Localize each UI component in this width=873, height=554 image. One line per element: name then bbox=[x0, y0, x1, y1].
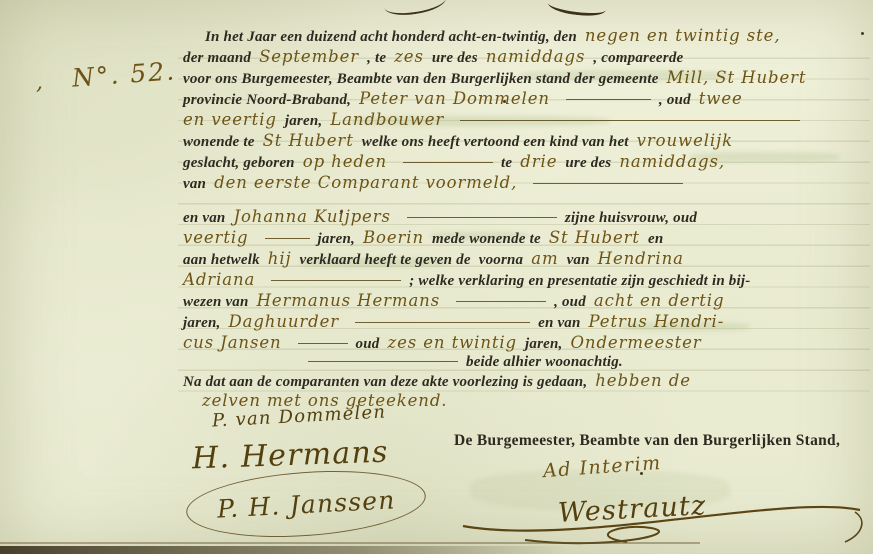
printed-text: jaren, bbox=[285, 113, 322, 129]
form-line: Na dat aan de comparanten van deze akte … bbox=[183, 371, 699, 392]
handwritten-text: veertig bbox=[183, 228, 249, 247]
fill-rule bbox=[460, 118, 800, 121]
form-line: en veertigjaren,Landbouwer bbox=[183, 110, 808, 131]
handwritten-text: Hermanus Hermans bbox=[257, 291, 441, 310]
fill-rule bbox=[403, 160, 493, 163]
printed-text: der maand bbox=[183, 50, 251, 66]
ad-interim-note: Ad Interim bbox=[542, 452, 662, 482]
printed-text: , compareerde bbox=[593, 50, 683, 66]
handwritten-text: Johanna Kuijpers bbox=[233, 207, 390, 226]
handwritten-text: Hendrina bbox=[598, 249, 684, 268]
fill-rule bbox=[308, 359, 458, 362]
form-line: der maandSeptember, tezesure desnamiddag… bbox=[183, 47, 691, 68]
form-line: Adriana; welke verklaring en presentatie… bbox=[183, 270, 758, 291]
printed-text: welke ons heeft vertoond een kind van he… bbox=[362, 134, 629, 150]
form-line: In het Jaar een duizend acht honderd ach… bbox=[205, 26, 788, 47]
record-number: N°. 52. bbox=[71, 56, 177, 92]
printed-text: , oud bbox=[554, 294, 586, 310]
printed-text: ure des bbox=[565, 155, 611, 171]
handwritten-text: zes bbox=[394, 47, 424, 66]
margin-ink-comma: , bbox=[36, 70, 43, 95]
handwritten-text: en veertig bbox=[183, 110, 277, 129]
printed-text: , oud bbox=[659, 92, 691, 108]
fill-rule bbox=[271, 278, 401, 281]
printed-text: oud bbox=[356, 336, 380, 352]
fill-rule bbox=[407, 215, 557, 218]
signature-witness-hermans: H. Hermans bbox=[191, 435, 389, 477]
printed-text: ; welke verklaring en presentatie zijn g… bbox=[409, 273, 750, 289]
form-line: voor ons Burgemeester, Beambte van den B… bbox=[183, 68, 814, 89]
document-scan: , N°. 52. In het Jaar een duizend acht h… bbox=[0, 0, 873, 554]
printed-text: beide alhier woonachtig. bbox=[466, 354, 623, 370]
form-line: jaren,Daghuurderen vanPetrus Hendri- bbox=[183, 312, 732, 333]
handwritten-text: Daghuurder bbox=[228, 312, 339, 331]
handwritten-text: zes en twintig bbox=[387, 333, 517, 352]
handwritten-text: drie bbox=[520, 152, 557, 171]
printed-text: verklaard heeft te geven de bbox=[300, 252, 471, 268]
printed-text: en van bbox=[538, 315, 580, 331]
printed-text: Na dat aan de comparanten van deze akte … bbox=[183, 374, 587, 390]
printed-text: jaren, bbox=[525, 336, 562, 352]
printed-text: provincie Noord-Braband, bbox=[183, 92, 351, 108]
printed-text: zijne huisvrouw, oud bbox=[565, 210, 697, 226]
handwritten-text: den eerste Comparant voormeld, bbox=[214, 173, 517, 192]
handwritten-text: am bbox=[531, 249, 558, 268]
form-line: provincie Noord-Braband,Peter van Dommel… bbox=[183, 89, 751, 110]
printed-text: en van bbox=[183, 210, 225, 226]
fill-rule bbox=[355, 320, 530, 323]
ink-flourish bbox=[547, 0, 607, 18]
handwritten-text: cus Jansen bbox=[183, 333, 282, 352]
fill-rule bbox=[533, 181, 683, 184]
printed-text: wonende te bbox=[183, 134, 255, 150]
handwritten-text: Mill, St Hubert bbox=[667, 68, 807, 87]
form-line: veertigjaren,Boerinmede wonende teSt Hub… bbox=[183, 228, 671, 249]
handwritten-text: vrouwelijk bbox=[637, 131, 733, 150]
form-line: wonende teSt Hubertwelke ons heeft verto… bbox=[183, 131, 741, 152]
printed-text: jaren, bbox=[318, 231, 355, 247]
form-line: beide alhier woonachtig. bbox=[300, 352, 631, 373]
handwritten-text: hebben de bbox=[595, 371, 691, 390]
printed-text: ure des bbox=[432, 50, 478, 66]
fill-rule bbox=[566, 97, 651, 100]
printed-text: van bbox=[567, 252, 590, 268]
printed-text: en bbox=[648, 231, 663, 247]
fill-rule bbox=[456, 299, 546, 302]
handwritten-text: Ondermeester bbox=[571, 333, 702, 352]
printed-text: jaren, bbox=[183, 315, 220, 331]
form-line: geslacht, geborenop hedentedrieure desna… bbox=[183, 152, 733, 173]
ink-dot bbox=[861, 32, 864, 35]
printed-text: wezen van bbox=[183, 294, 249, 310]
page-edge-line bbox=[0, 542, 700, 544]
printed-text: te bbox=[501, 155, 512, 171]
fill-rule bbox=[265, 236, 310, 239]
printed-text: van bbox=[183, 176, 206, 192]
fill-rule bbox=[298, 341, 348, 344]
printed-text: aan hetwelk bbox=[183, 252, 260, 268]
handwritten-text: Landbouwer bbox=[330, 110, 444, 129]
handwritten-text: St Hubert bbox=[549, 228, 640, 247]
form-line: aan hetwelkhijverklaard heeft te geven d… bbox=[183, 249, 692, 270]
handwritten-text: Adriana bbox=[183, 270, 255, 289]
printed-text: In het Jaar een duizend acht honderd ach… bbox=[205, 29, 577, 45]
signature-witness-janssen: P. H. Janssen bbox=[216, 485, 396, 523]
printed-text: mede wonende te bbox=[432, 231, 541, 247]
handwritten-text: hij bbox=[268, 249, 292, 268]
handwritten-text: September bbox=[259, 47, 359, 66]
signature-officiant: Westrautz bbox=[557, 490, 707, 529]
handwritten-text: St Hubert bbox=[263, 131, 354, 150]
handwritten-text: Petrus Hendri- bbox=[589, 312, 725, 331]
printed-text: geslacht, geboren bbox=[183, 155, 295, 171]
printed-text: voor ons Burgemeester, Beambte van den B… bbox=[183, 71, 659, 87]
form-line: wezen vanHermanus Hermans, oudacht en de… bbox=[183, 291, 732, 312]
handwritten-text: twee bbox=[699, 89, 743, 108]
handwritten-text: namiddags bbox=[486, 47, 585, 66]
handwritten-text: negen en twintig ste, bbox=[585, 26, 781, 45]
printed-text: voorna bbox=[479, 252, 524, 268]
form-line: cus Jansenoudzes en twintigjaren,Onderme… bbox=[183, 333, 710, 354]
handwritten-text: op heden bbox=[303, 152, 387, 171]
ink-flourish bbox=[383, 0, 448, 19]
handwritten-text: acht en dertig bbox=[594, 291, 725, 310]
page-edge-shadow bbox=[0, 546, 600, 554]
handwritten-text: Boerin bbox=[363, 228, 424, 247]
printed-text: , te bbox=[367, 50, 386, 66]
form-line: vanden eerste Comparant voormeld, bbox=[183, 173, 691, 194]
signature-oval-flourish: P. H. Janssen bbox=[184, 464, 428, 545]
form-line: en vanJohanna Kuijperszijne huisvrouw, o… bbox=[183, 207, 705, 228]
handwritten-text: namiddags, bbox=[619, 152, 725, 171]
handwritten-text: Peter van Dommelen bbox=[359, 89, 550, 108]
officiant-title: De Burgemeester, Beambte van den Burgerl… bbox=[454, 432, 840, 450]
